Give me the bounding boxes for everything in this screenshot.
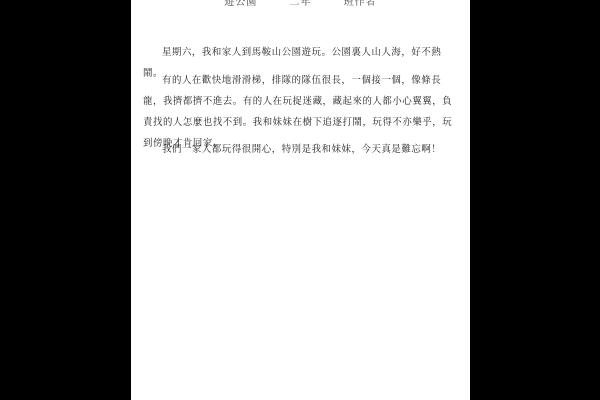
title-part: 班作者: [344, 0, 377, 8]
title-part: 二年: [290, 0, 312, 8]
document-title: 遊公園 二年 班作者: [131, 0, 470, 8]
paragraph-3: 我們一家人都玩得很開心，特別是我和妹妹，今天真是難忘啊！: [143, 139, 461, 160]
document-page: 遊公園 二年 班作者 星期六，我和家人到馬鞍山公園遊玩。公園裏人山人海，好不熱鬧…: [131, 0, 470, 400]
title-part: 遊公園: [224, 0, 257, 8]
